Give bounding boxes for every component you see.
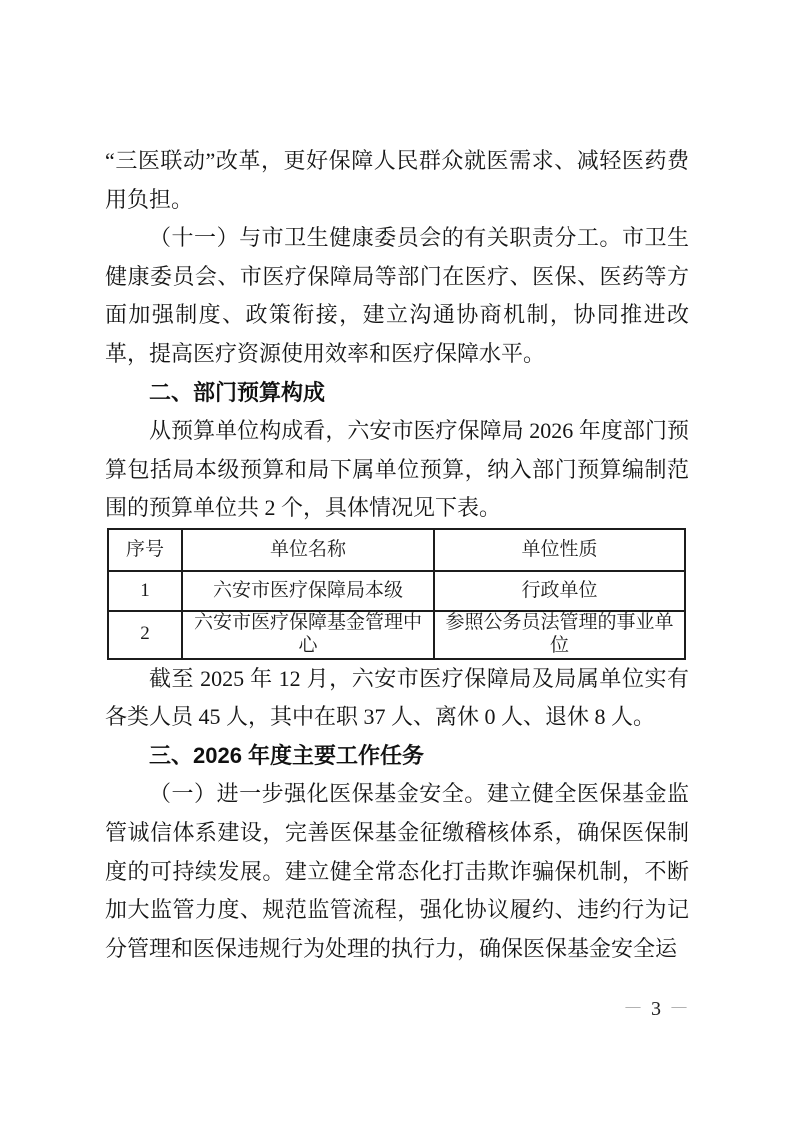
table-cell-unit-type: 行政单位 <box>434 571 685 611</box>
paragraph-staff-count: 截至 2025 年 12 月，六安市医疗保障局及局属单位实有各类人员 45 人，… <box>105 660 689 737</box>
table-cell-unit-name: 六安市医疗保障局本级 <box>182 571 434 611</box>
page-number-value: 3 <box>651 998 662 1020</box>
page-number: －3－ <box>616 997 697 1021</box>
table-cell-index: 2 <box>108 611 182 659</box>
table-header-unit-name: 单位名称 <box>182 529 434 571</box>
paragraph-continuation: “三医联动”改革，更好保障人民群众就医需求、减轻医药费用负担。 <box>105 142 689 219</box>
budget-units-table: 序号 单位名称 单位性质 1 六安市医疗保障局本级 行政单位 2 六安市医疗保障… <box>107 528 686 660</box>
table-cell-index: 1 <box>108 571 182 611</box>
table-header-index: 序号 <box>108 529 182 571</box>
heading-budget-composition: 二、部门预算构成 <box>105 374 689 413</box>
page-number-dash-left: － <box>616 998 651 1020</box>
document-body: “三医联动”改革，更好保障人民群众就医需求、减轻医药费用负担。 （十一）与市卫生… <box>105 142 689 968</box>
table-row: 2 六安市医疗保障基金管理中心 参照公务员法管理的事业单位 <box>108 611 685 659</box>
page-number-dash-right: － <box>662 998 697 1020</box>
heading-main-tasks: 三、2026 年度主要工作任务 <box>105 737 689 776</box>
table-row: 1 六安市医疗保障局本级 行政单位 <box>108 571 685 611</box>
table-header-row: 序号 单位名称 单位性质 <box>108 529 685 571</box>
paragraph-duty-division: （十一）与市卫生健康委员会的有关职责分工。市卫生健康委员会、市医疗保障局等部门在… <box>105 219 689 373</box>
document-page: “三医联动”改革，更好保障人民群众就医需求、减轻医药费用负担。 （十一）与市卫生… <box>0 0 793 1122</box>
paragraph-task-fund-safety: （一）进一步强化医保基金安全。建立健全医保基金监管诚信体系建设，完善医保基金征缴… <box>105 775 689 968</box>
table-cell-unit-type: 参照公务员法管理的事业单位 <box>434 611 685 659</box>
table-header-unit-type: 单位性质 <box>434 529 685 571</box>
paragraph-budget-units: 从预算单位构成看，六安市医疗保障局 2026 年度部门预算包括局本级预算和局下属… <box>105 412 689 528</box>
table-cell-unit-name: 六安市医疗保障基金管理中心 <box>182 611 434 659</box>
